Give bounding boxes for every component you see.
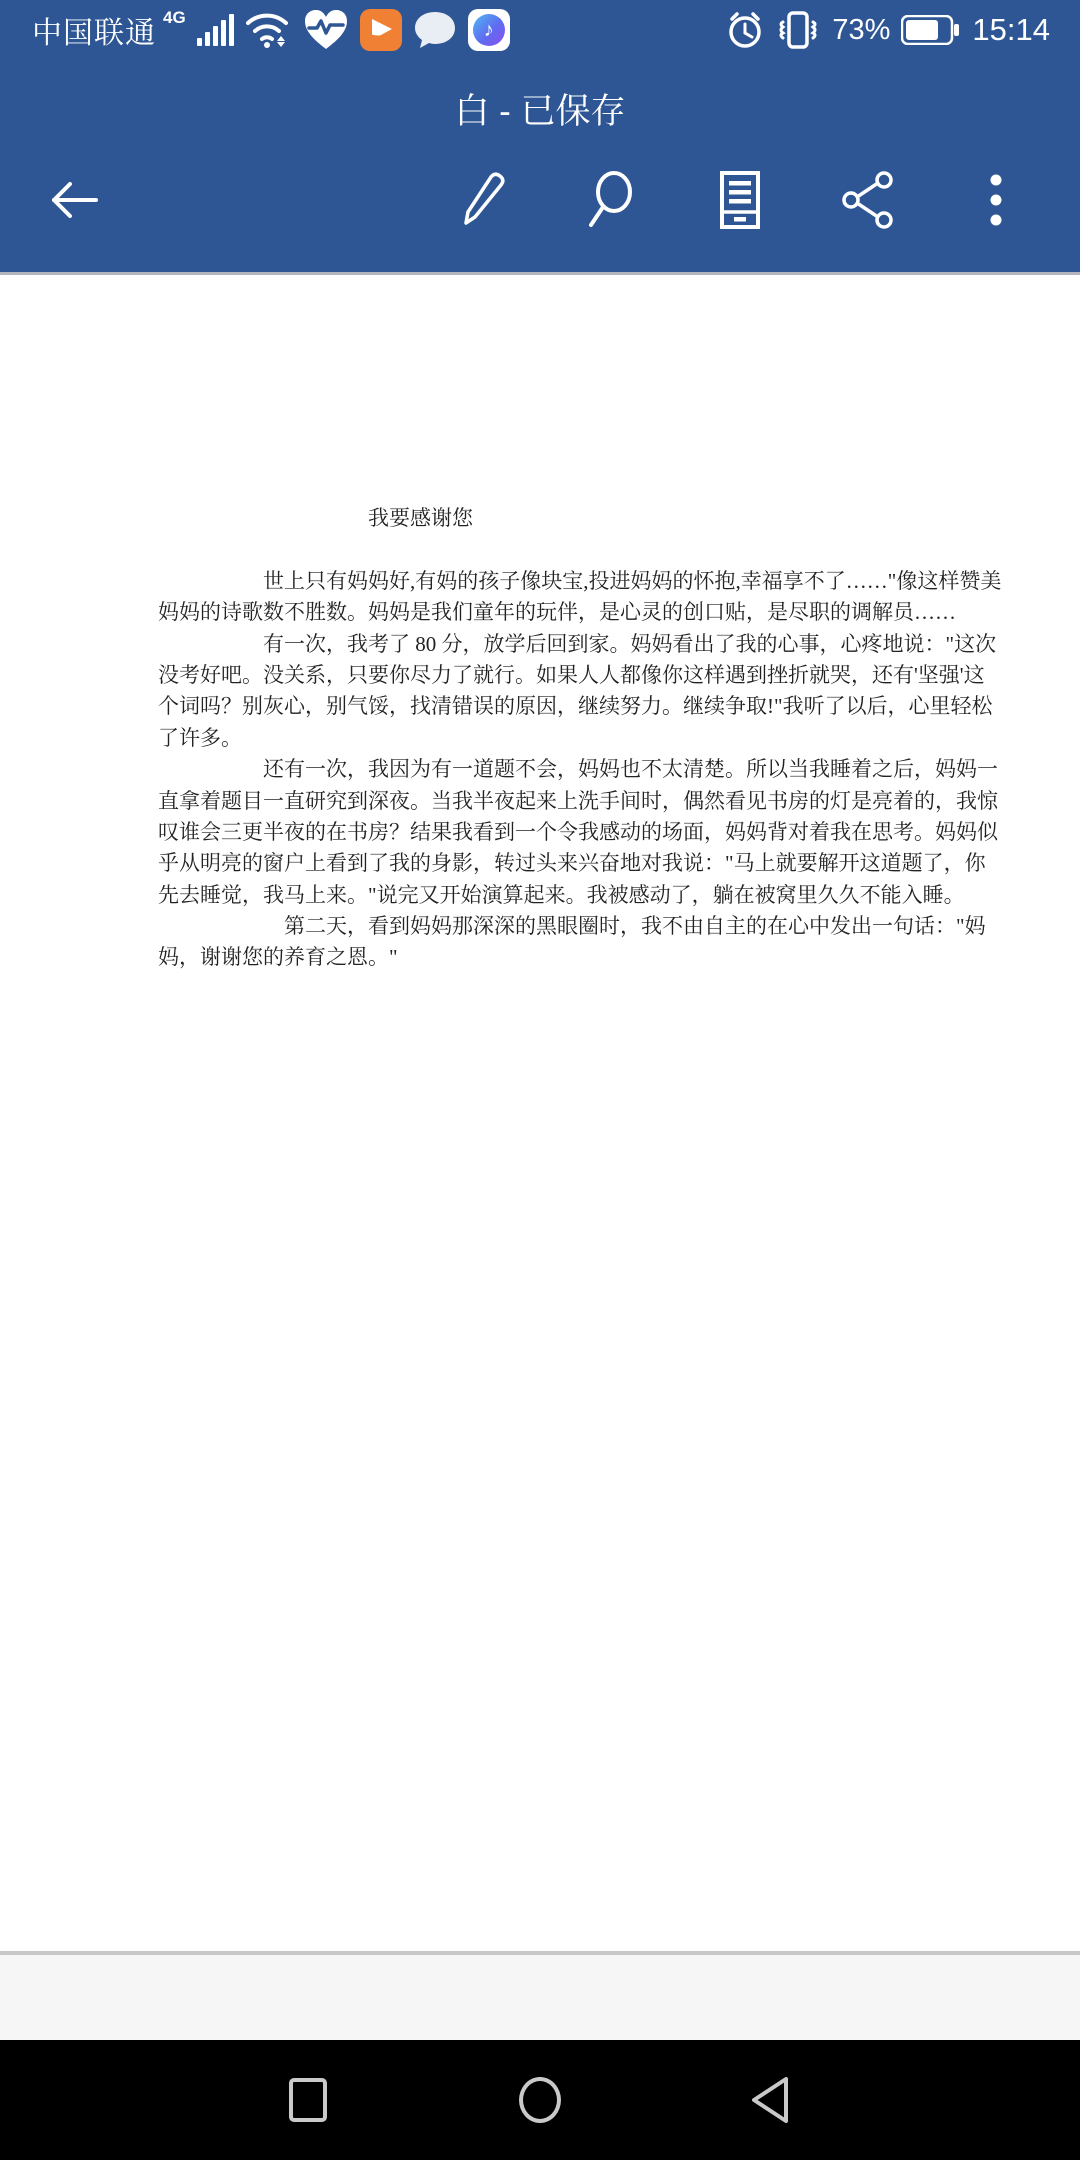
header-toolbar — [452, 168, 1028, 232]
alarm-clock-icon — [726, 11, 764, 49]
share-icon — [842, 171, 894, 229]
doc-line: 妈，谢谢您的养育之恩。" — [158, 942, 1038, 973]
edit-pen-button[interactable] — [452, 168, 516, 232]
android-nav-bar — [0, 2040, 1080, 2160]
document-page[interactable]: 我要感谢您 世上只有妈妈好,有妈的孩子像块宝,投进妈妈的怀抱,幸福享不了……"像… — [0, 275, 1080, 1951]
document-title-bar: 白 - 已保存 — [0, 84, 1080, 134]
share-button[interactable] — [836, 168, 900, 232]
doc-line: 直拿着题目一直研究到深夜。当我半夜起来上洗手间时，偶然看见书房的灯是亮着的，我惊 — [158, 786, 1038, 817]
status-bar-right: 73% 15:14 — [726, 0, 1050, 60]
message-bubble-icon — [413, 10, 457, 50]
doc-line: 还有一次，我因为有一道题不会，妈妈也不太清楚。所以当我睡着之后，妈妈一 — [158, 754, 1038, 785]
doc-line: 乎从明亮的窗户上看到了我的身影，转过头来兴奋地对我说："马上就要解开这道题了，你 — [158, 848, 1038, 879]
nav-recents-button[interactable] — [248, 2040, 368, 2160]
network-type-label: 4G — [163, 8, 186, 28]
overflow-dots-icon — [990, 172, 1002, 228]
app-header: 中国联通 4G — [0, 0, 1080, 272]
battery-icon — [901, 15, 961, 45]
mobile-view-button[interactable] — [708, 168, 772, 232]
music-app-icon: ♪ — [468, 9, 510, 51]
wifi-icon — [246, 11, 292, 49]
footer-strip — [0, 1955, 1080, 2040]
doc-line: 第二天，看到妈妈那深深的黑眼圈时，我不由自主的在心中发出一句话："妈 — [158, 911, 1038, 942]
nav-back-button[interactable] — [710, 2040, 830, 2160]
phone-screen: 中国联通 4G — [0, 0, 1080, 2160]
doc-line: 妈妈的诗歌数不胜数。妈妈是我们童年的玩伴，是心灵的创口贴，是尽职的调解员…… — [158, 597, 1038, 628]
pencil-icon — [458, 171, 510, 229]
search-button[interactable] — [580, 168, 644, 232]
music-note-glyph: ♪ — [473, 14, 505, 46]
doc-heading-line: 我要感谢您 — [158, 503, 1038, 534]
doc-line: 个词吗？别灰心，别气馁，找清错误的原因，继续努力。继续争取!"我听了以后，心里轻… — [158, 691, 1038, 722]
battery-percent-label: 73% — [832, 14, 890, 47]
video-app-icon — [360, 9, 402, 51]
carrier-label: 中国联通 — [32, 8, 156, 52]
doc-line: 先去睡觉，我马上来。"说完又开始演算起来。我被感动了，躺在被窝里久久不能入睡。 — [158, 880, 1038, 911]
home-circle-icon — [519, 2077, 561, 2123]
mobile-view-icon — [720, 171, 760, 229]
back-arrow-icon — [48, 180, 100, 220]
search-icon — [587, 171, 637, 229]
nav-home-button[interactable] — [480, 2040, 600, 2160]
vibrate-icon — [775, 10, 821, 50]
doc-line — [158, 534, 1038, 565]
doc-line: 叹谁会三更半夜的在书房？结果我看到一个令我感动的场面，妈妈背对着我在思考。妈妈似 — [158, 817, 1038, 848]
status-bar-left: 中国联通 4G — [32, 0, 510, 60]
doc-line: 没考好吧。没关系，只要你尽力了就行。如果人人都像你这样遇到挫折就哭，还有'坚强'… — [158, 660, 1038, 691]
clock-label: 15:14 — [972, 12, 1050, 48]
health-heart-icon — [303, 9, 349, 51]
signal-strength-icon — [197, 12, 235, 48]
back-button[interactable] — [42, 168, 106, 232]
document-text: 我要感谢您 世上只有妈妈好,有妈的孩子像块宝,投进妈妈的怀抱,幸福享不了……"像… — [158, 503, 1038, 974]
doc-line: 世上只有妈妈好,有妈的孩子像块宝,投进妈妈的怀抱,幸福享不了……"像这样赞美 — [158, 566, 1038, 597]
doc-line: 有一次，我考了 80 分，放学后回到家。妈妈看出了我的心事，心疼地说："这次 — [158, 629, 1038, 660]
overflow-menu-button[interactable] — [964, 168, 1028, 232]
back-triangle-icon — [748, 2075, 792, 2125]
doc-line: 了许多。 — [158, 723, 1038, 754]
status-bar: 中国联通 4G — [0, 0, 1080, 60]
recents-square-icon — [289, 2078, 327, 2122]
